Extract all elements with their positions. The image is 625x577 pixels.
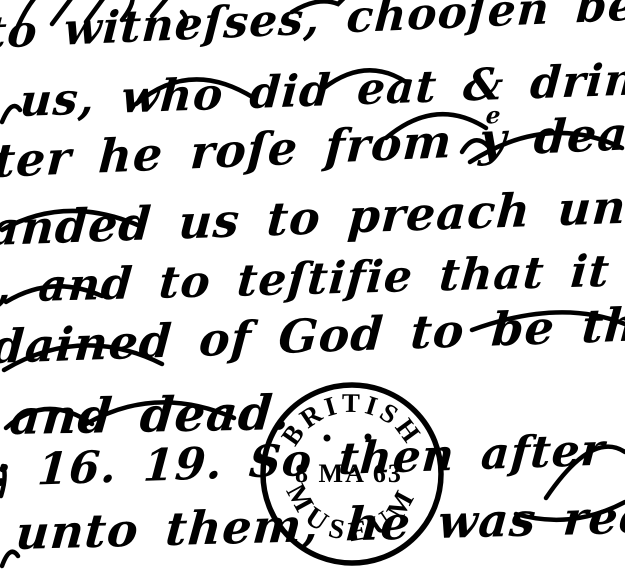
ye-superscript-e: e (485, 104, 502, 128)
manuscript-page: BRITISH MUSEUM 8 MA 63 to witneſses, cho… (0, 0, 625, 577)
manuscript-line-7: and dead. (8, 389, 293, 442)
line-3-post: dead (505, 105, 625, 166)
cropped-letter-fragment (2, 106, 20, 122)
ye-the-abbreviation: ye (478, 116, 509, 163)
